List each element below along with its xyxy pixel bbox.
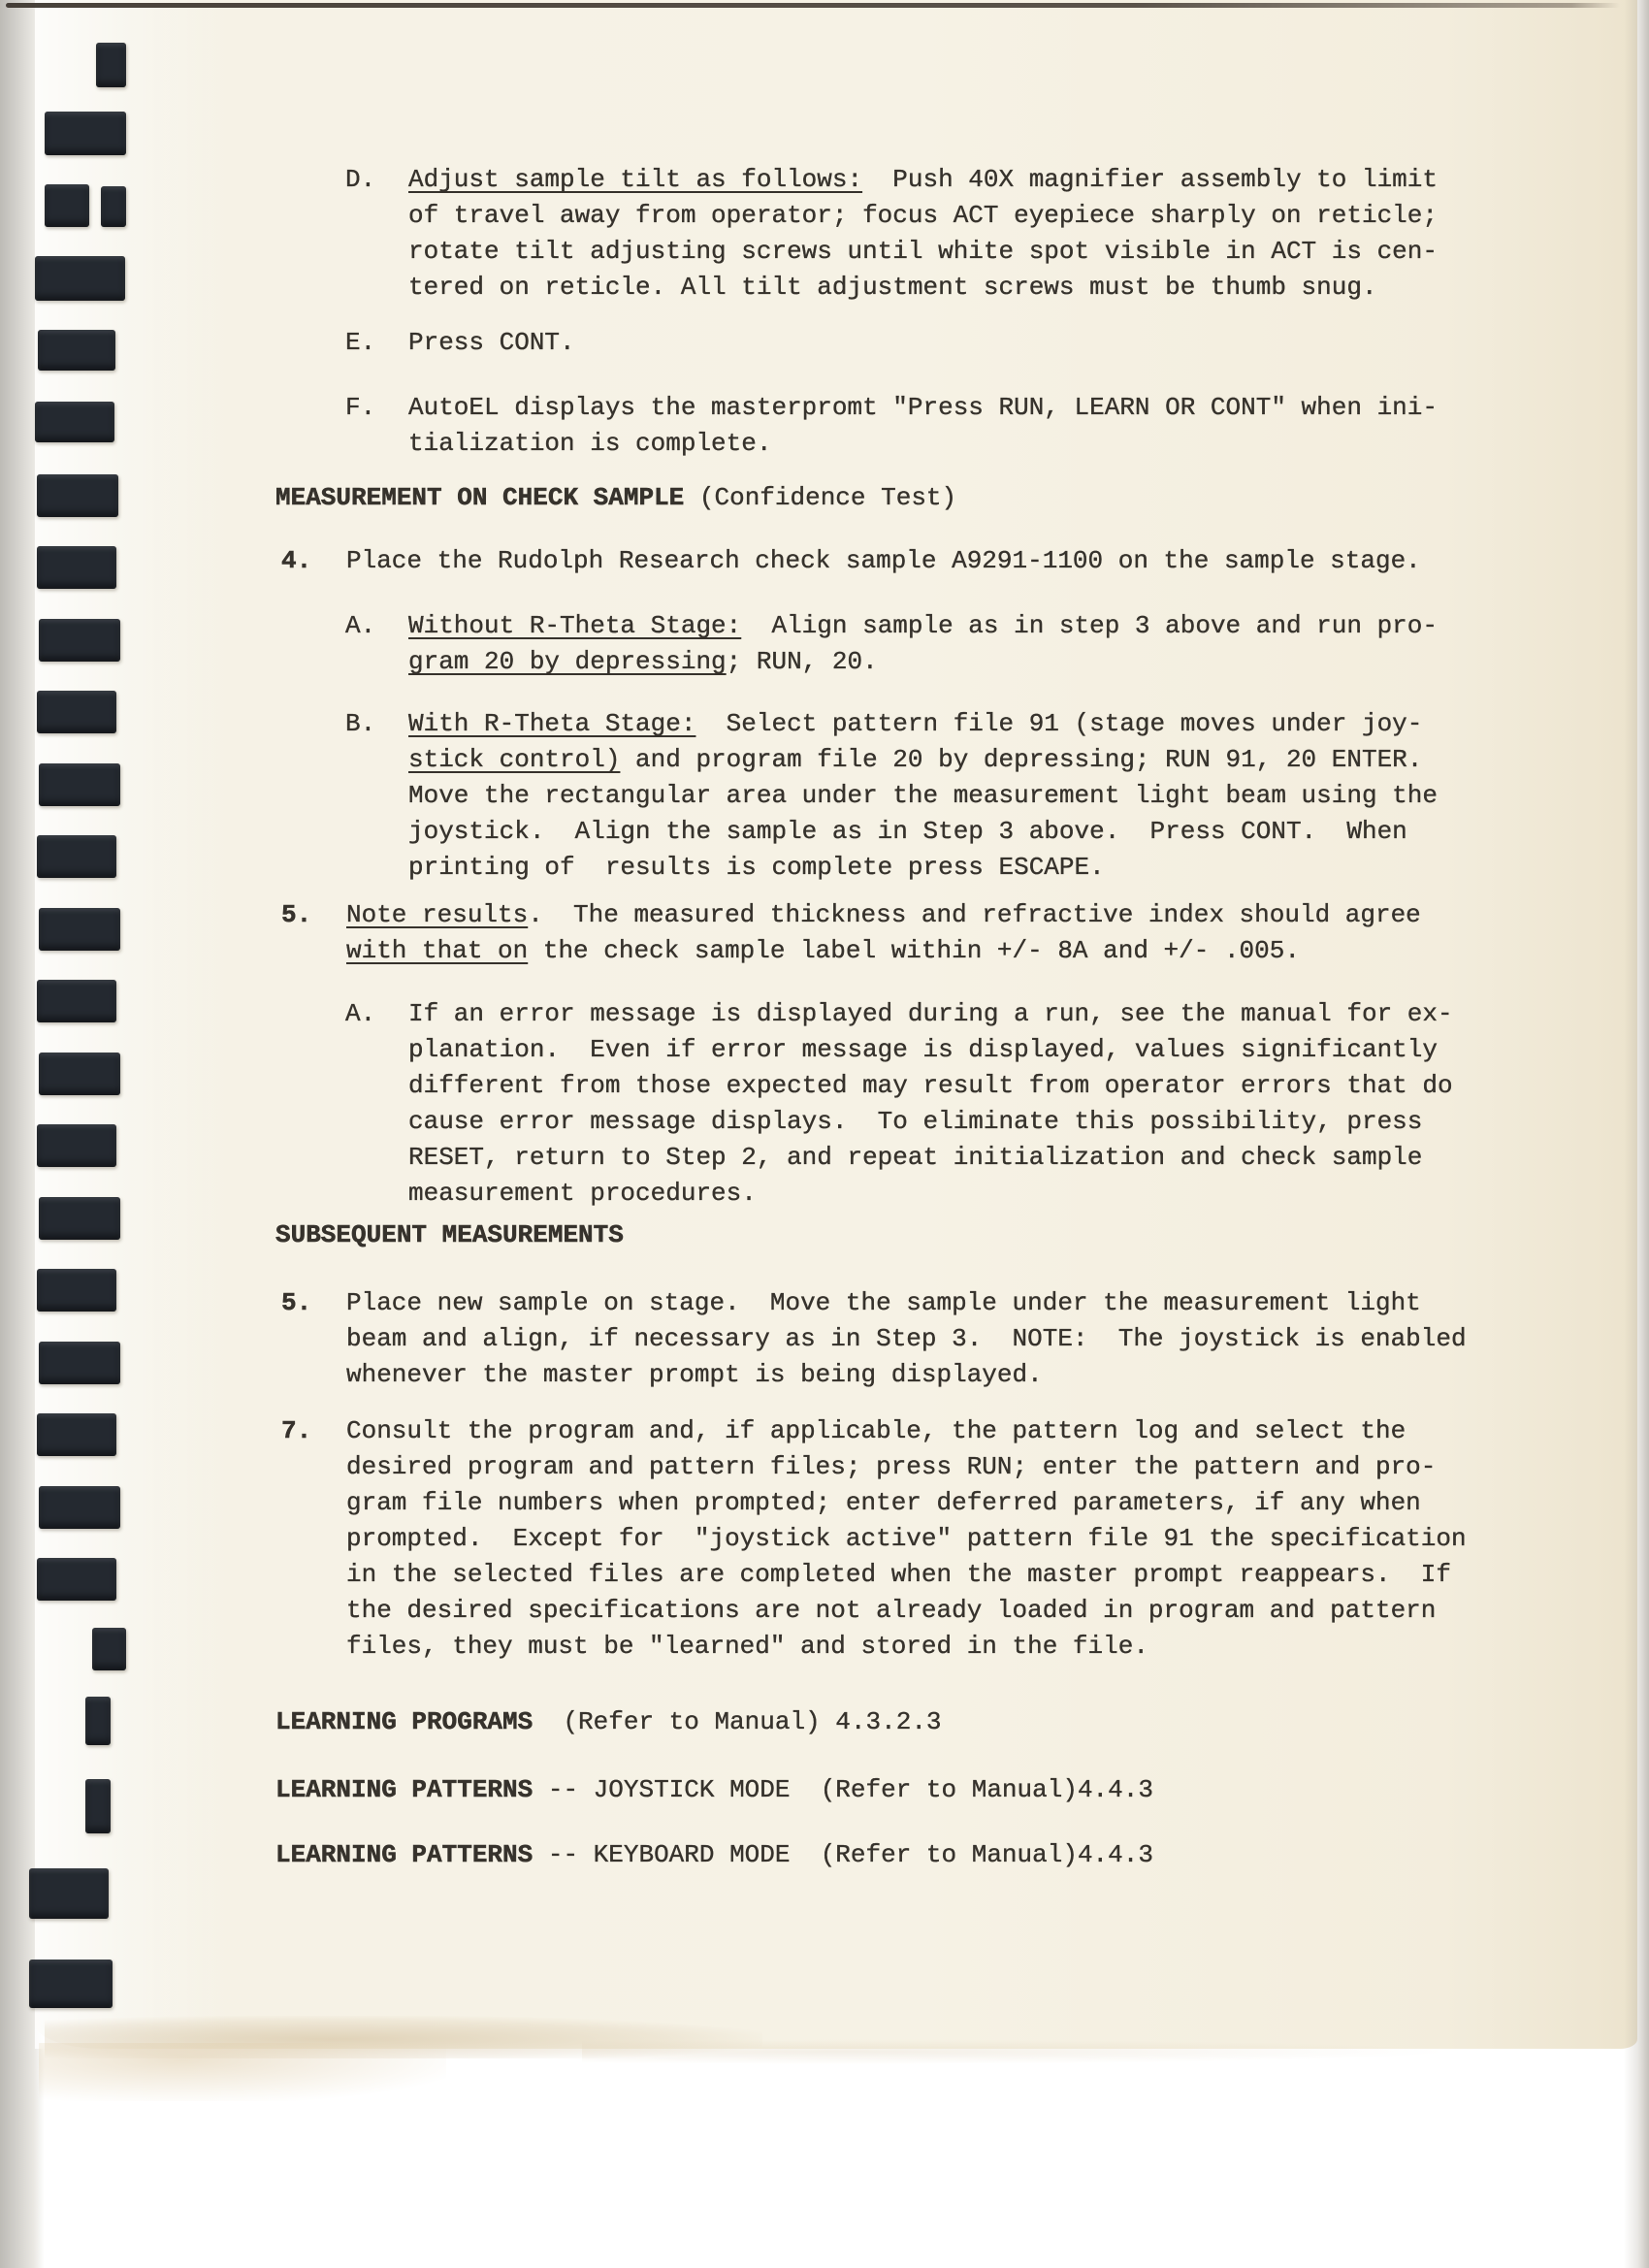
text-line: Note results. The measured thickness and… bbox=[346, 897, 1421, 933]
text-line: files, they must be "learned" and stored… bbox=[346, 1629, 1467, 1665]
text-line: Press CONT. bbox=[408, 325, 575, 361]
text-line: MEASUREMENT ON CHECK SAMPLE (Confidence … bbox=[275, 480, 956, 516]
page-right-edge-shadow bbox=[1624, 0, 1649, 2268]
text-line: different from those expected may result… bbox=[408, 1068, 1453, 1104]
item-label: E. bbox=[345, 325, 375, 361]
text-line: gram 20 by depressing; RUN, 20. bbox=[408, 644, 1438, 680]
item-label: B. bbox=[345, 706, 375, 742]
text-line: LEARNING PATTERNS -- JOYSTICK MODE (Refe… bbox=[275, 1772, 1153, 1808]
item-lines: SUBSEQUENT MEASUREMENTS bbox=[275, 1217, 624, 1253]
item-label: A. bbox=[345, 996, 375, 1032]
text-line: Adjust sample tilt as follows: Push 40X … bbox=[408, 162, 1438, 198]
item-lines: AutoEL displays the masterpromt "Press R… bbox=[408, 390, 1438, 462]
item-label: A. bbox=[345, 608, 375, 644]
text-line: Move the rectangular area under the meas… bbox=[408, 778, 1438, 814]
text-line: Consult the program and, if applicable, … bbox=[346, 1413, 1467, 1449]
text-line: whenever the master prompt is being disp… bbox=[346, 1357, 1467, 1393]
item-lines: Place the Rudolph Research check sample … bbox=[346, 543, 1421, 579]
text-line: With R-Theta Stage: Select pattern file … bbox=[408, 706, 1438, 742]
item-label: 4. bbox=[281, 543, 311, 579]
text-line: Without R-Theta Stage: Align sample as i… bbox=[408, 608, 1438, 644]
item-lines: Adjust sample tilt as follows: Push 40X … bbox=[408, 162, 1438, 306]
text-line: printing of results is complete press ES… bbox=[408, 850, 1438, 886]
text-line: Place the Rudolph Research check sample … bbox=[346, 543, 1421, 579]
text-line: planation. Even if error message is disp… bbox=[408, 1032, 1453, 1068]
text-line: gram file numbers when prompted; enter d… bbox=[346, 1485, 1467, 1521]
text-line: LEARNING PATTERNS -- KEYBOARD MODE (Refe… bbox=[275, 1837, 1153, 1873]
text-line: If an error message is displayed during … bbox=[408, 996, 1453, 1032]
item-lines: Without R-Theta Stage: Align sample as i… bbox=[408, 608, 1438, 680]
item-lines: Consult the program and, if applicable, … bbox=[346, 1413, 1467, 1665]
item-lines: LEARNING PATTERNS -- JOYSTICK MODE (Refe… bbox=[275, 1772, 1153, 1808]
text-line: joystick. Align the sample as in Step 3 … bbox=[408, 814, 1438, 850]
text-line: tialization is complete. bbox=[408, 426, 1438, 462]
text-line: tered on reticle. All tilt adjustment sc… bbox=[408, 270, 1438, 306]
item-lines: LEARNING PROGRAMS (Refer to Manual) 4.3.… bbox=[275, 1704, 942, 1740]
item-label: D. bbox=[345, 162, 375, 198]
item-label: F. bbox=[345, 390, 375, 426]
scanned-page: D.Adjust sample tilt as follows: Push 40… bbox=[0, 0, 1649, 2268]
text-line: Place new sample on stage. Move the samp… bbox=[346, 1285, 1467, 1321]
text-line: RESET, return to Step 2, and repeat init… bbox=[408, 1140, 1453, 1176]
item-lines: With R-Theta Stage: Select pattern file … bbox=[408, 706, 1438, 886]
item-lines: Place new sample on stage. Move the samp… bbox=[346, 1285, 1467, 1393]
text-line: desired program and pattern files; press… bbox=[346, 1449, 1467, 1485]
item-lines: LEARNING PATTERNS -- KEYBOARD MODE (Refe… bbox=[275, 1837, 1153, 1873]
text-line: with that on the check sample label with… bbox=[346, 933, 1421, 969]
text-line: rotate tilt adjusting screws until white… bbox=[408, 234, 1438, 270]
item-lines: Press CONT. bbox=[408, 325, 575, 361]
text-line: beam and align, if necessary as in Step … bbox=[346, 1321, 1467, 1357]
item-label: 7. bbox=[281, 1413, 311, 1449]
item-label: 5. bbox=[281, 897, 311, 933]
text-line: LEARNING PROGRAMS (Refer to Manual) 4.3.… bbox=[275, 1704, 942, 1740]
item-lines: MEASUREMENT ON CHECK SAMPLE (Confidence … bbox=[275, 480, 956, 516]
text-line: SUBSEQUENT MEASUREMENTS bbox=[275, 1217, 624, 1253]
item-lines: If an error message is displayed during … bbox=[408, 996, 1453, 1212]
text-line: stick control) and program file 20 by de… bbox=[408, 742, 1438, 778]
text-line: in the selected files are completed when… bbox=[346, 1557, 1467, 1593]
text-line: of travel away from operator; focus ACT … bbox=[408, 198, 1438, 234]
item-lines: Note results. The measured thickness and… bbox=[346, 897, 1421, 969]
text-line: AutoEL displays the masterpromt "Press R… bbox=[408, 390, 1438, 426]
text-layer: D.Adjust sample tilt as follows: Push 40… bbox=[0, 0, 1649, 2268]
text-line: the desired specifications are not alrea… bbox=[346, 1593, 1467, 1629]
text-line: cause error message displays. To elimina… bbox=[408, 1104, 1453, 1140]
text-line: prompted. Except for "joystick active" p… bbox=[346, 1521, 1467, 1557]
text-line: measurement procedures. bbox=[408, 1176, 1453, 1212]
item-label: 5. bbox=[281, 1285, 311, 1321]
